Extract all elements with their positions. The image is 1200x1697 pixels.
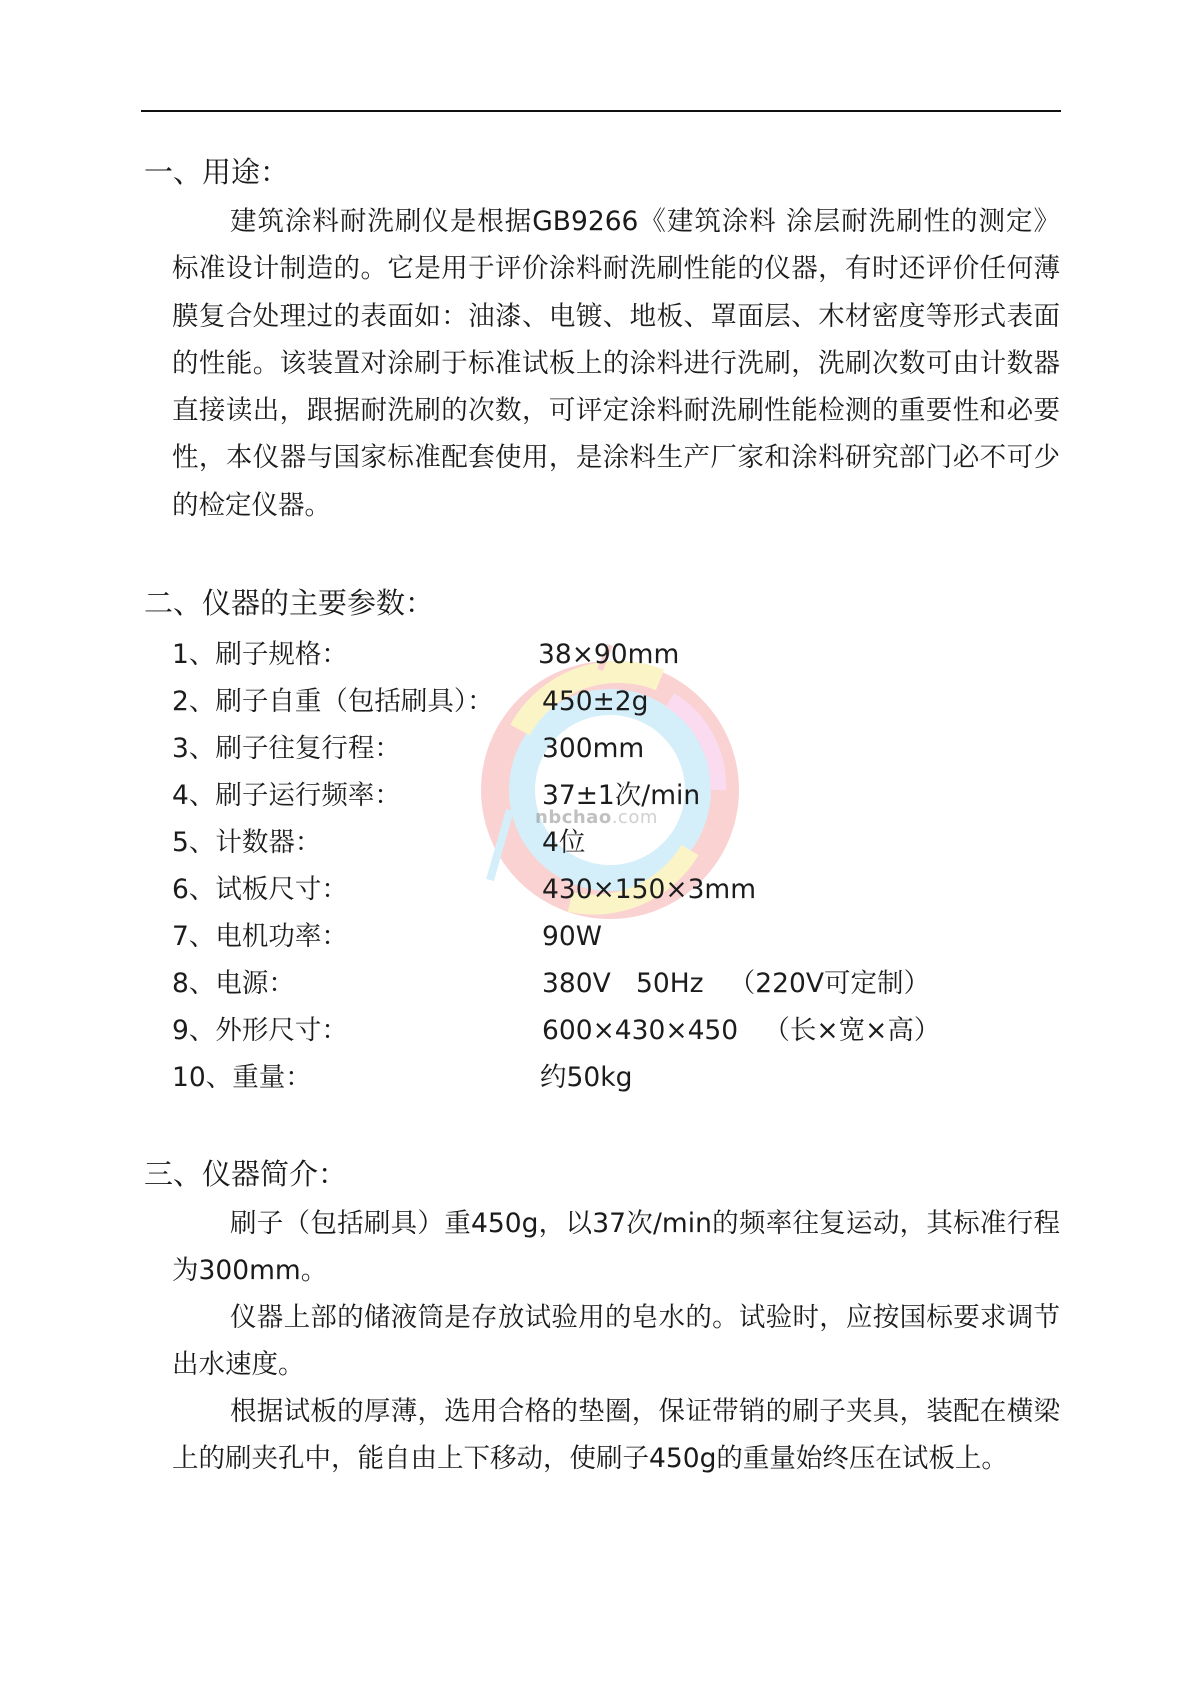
spec-label: 5、计数器： <box>172 823 321 863</box>
spec-value: 380V 50Hz （220V可定制） <box>542 964 930 1004</box>
spec-label: 2、刷子自重（包括刷具）： <box>172 682 494 722</box>
spec-label: 7、电机功率： <box>172 917 348 957</box>
header-rule <box>141 110 1061 112</box>
spec-label: 10、重量： <box>172 1058 312 1098</box>
section-heading-introduction: 三、仪器简介： <box>144 1154 347 1194</box>
spec-value: 约50kg <box>540 1058 632 1098</box>
section-heading-parameters: 二、仪器的主要参数： <box>144 583 434 623</box>
usage-paragraph: 建筑涂料耐洗刷仪是根据GB9266《建筑涂料 涂层耐洗刷性的测定》标准设计制造的… <box>172 198 1060 529</box>
spec-row: 2、刷子自重（包括刷具）： 450±2g <box>172 682 1072 722</box>
spec-value: 300mm <box>542 729 644 769</box>
spec-label: 3、刷子往复行程： <box>172 729 401 769</box>
spec-value: 37±1次/min <box>542 776 700 816</box>
spec-row: 10、重量： 约50kg <box>172 1058 1072 1098</box>
spec-value: 4位 <box>542 823 585 863</box>
spec-value: 430×150×3mm <box>542 870 756 910</box>
spec-label: 9、外形尺寸： <box>172 1011 348 1051</box>
spec-label: 1、刷子规格： <box>172 635 348 675</box>
spec-row: 8、电源： 380V 50Hz （220V可定制） <box>172 964 1072 1004</box>
spec-row: 6、试板尺寸： 430×150×3mm <box>172 870 1072 910</box>
spec-label: 4、刷子运行频率： <box>172 776 401 816</box>
spec-label: 6、试板尺寸： <box>172 870 348 910</box>
section-heading-usage: 一、用途： <box>144 152 289 192</box>
spec-value: 38×90mm <box>538 635 679 675</box>
spec-value: 90W <box>542 917 602 957</box>
spec-row: 9、外形尺寸： 600×430×450 （长×宽×高） <box>172 1011 1072 1051</box>
spec-row: 5、计数器： 4位 <box>172 823 1072 863</box>
spec-label: 8、电源： <box>172 964 295 1004</box>
spec-value: 450±2g <box>542 682 648 722</box>
spec-value: 600×430×450 （长×宽×高） <box>542 1011 940 1051</box>
intro-paragraph: 根据试板的厚薄，选用合格的垫圈，保证带销的刷子夹具，装配在横梁上的刷夹孔中，能自… <box>172 1388 1060 1483</box>
spec-row: 4、刷子运行频率： 37±1次/min <box>172 776 1072 816</box>
intro-paragraph: 仪器上部的储液筒是存放试验用的皂水的。试验时，应按国标要求调节出水速度。 <box>172 1294 1060 1389</box>
spec-row: 1、刷子规格： 38×90mm <box>172 635 1072 675</box>
spec-row: 3、刷子往复行程： 300mm <box>172 729 1072 769</box>
intro-paragraph: 刷子（包括刷具）重450g，以37次/min的频率往复运动，其标准行程为300m… <box>172 1200 1060 1295</box>
spec-row: 7、电机功率： 90W <box>172 917 1072 957</box>
